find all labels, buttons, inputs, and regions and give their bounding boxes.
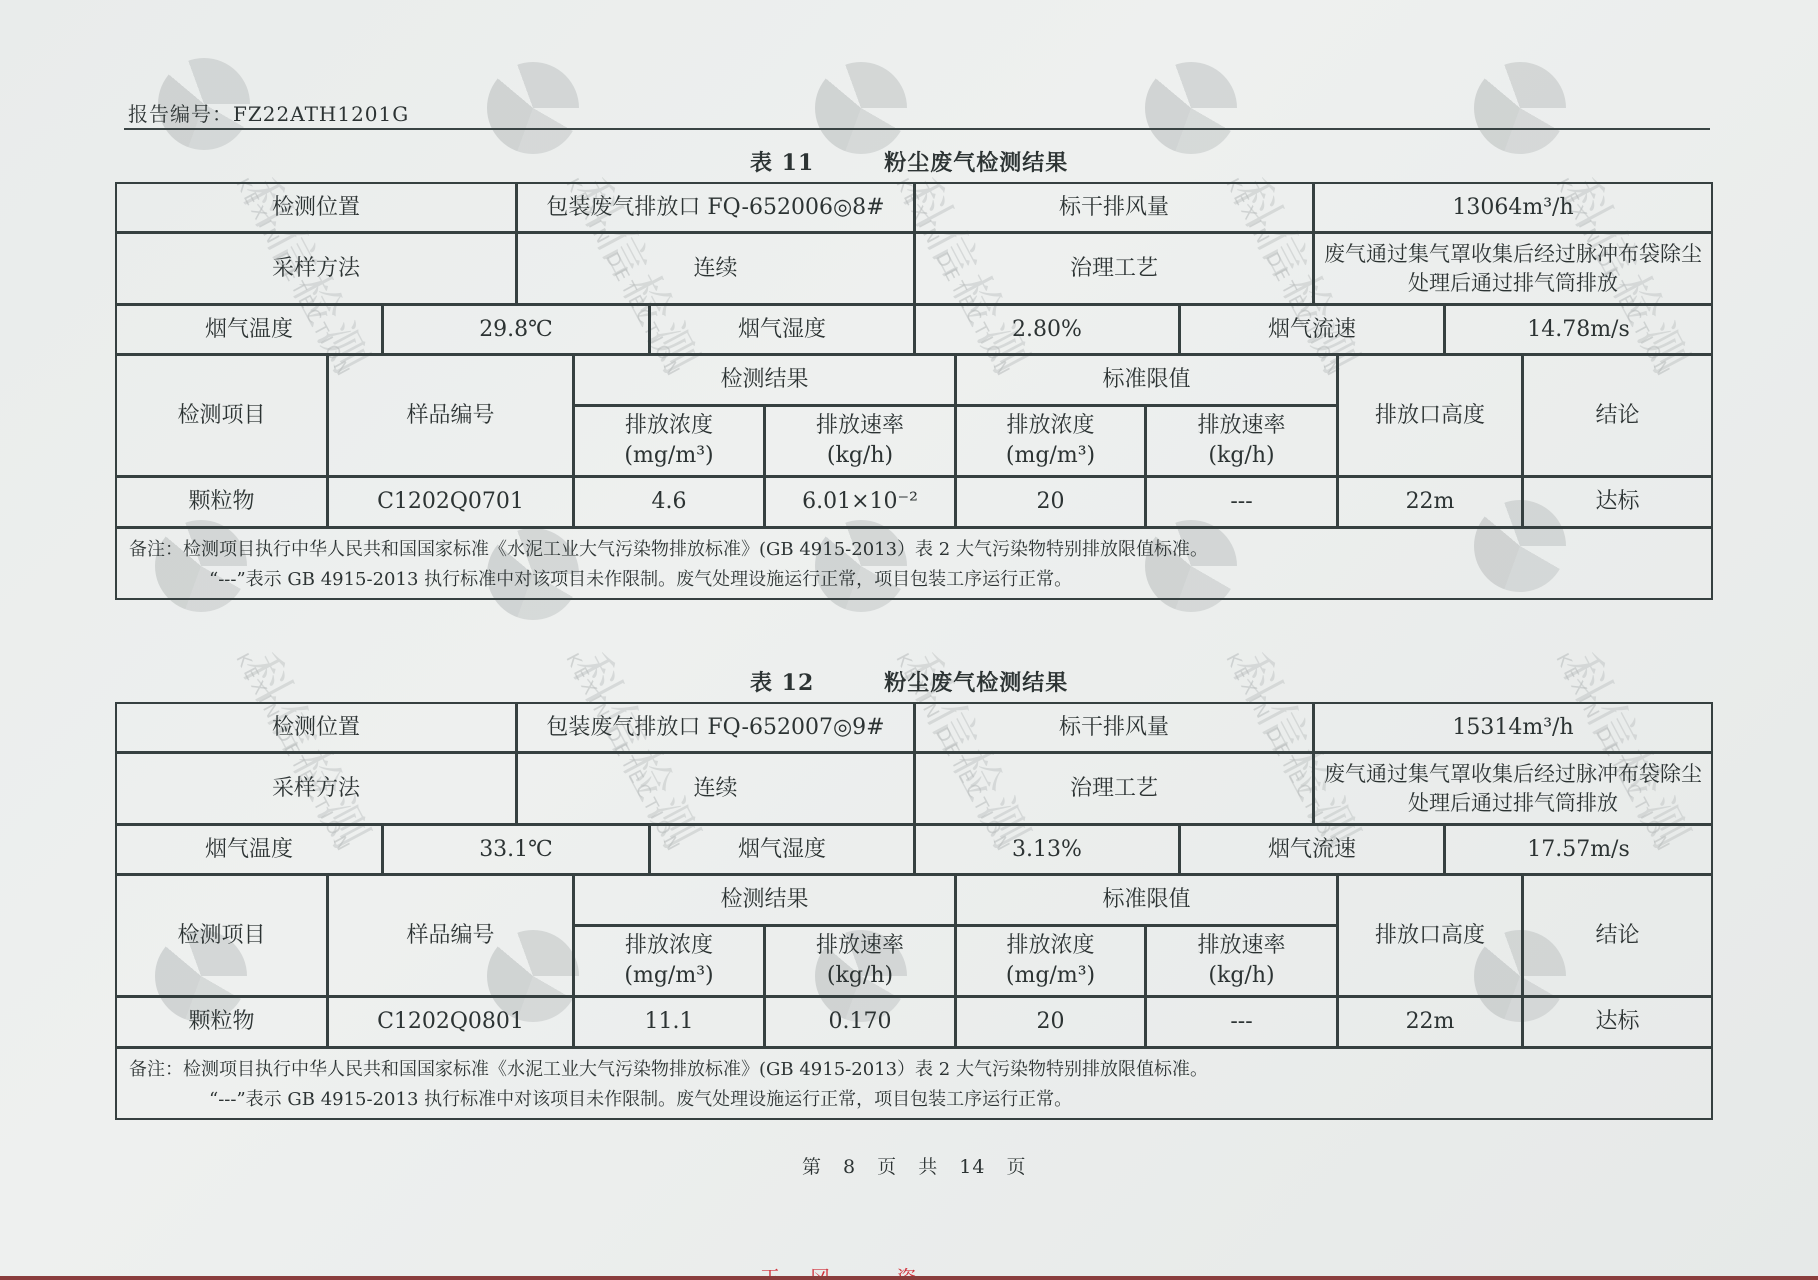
header-result-rate: 排放速率(kg/h)	[764, 925, 956, 997]
cell-result-conc: 4.6	[573, 476, 765, 528]
temp-value: 33.1℃	[382, 824, 650, 875]
note-line-2: “---”表示 GB 4915-2013 执行标准中对该项目未作限制。废气处理设…	[129, 1085, 1072, 1115]
cell-result-rate: 0.170	[764, 996, 956, 1048]
header-sample-no: 样品编号	[327, 874, 574, 997]
cell-sample-no: C1202Q0701	[327, 476, 574, 528]
treatment-value: 废气通过集气罩收集后经过脉冲布袋除尘处理后通过排气筒排放	[1313, 752, 1713, 825]
cell-height: 22m	[1337, 476, 1523, 528]
table-note: 备注：检测项目执行中华人民共和国国家标准《水泥工业大气污染物排放标准》(GB 4…	[115, 1047, 1713, 1120]
cell-limit-conc: 20	[955, 476, 1146, 528]
note-line-2: “---”表示 GB 4915-2013 执行标准中对该项目未作限制。废气处理设…	[129, 565, 1072, 595]
cell-limit-rate: ---	[1145, 476, 1338, 528]
temp-label: 烟气温度	[115, 824, 383, 875]
sampling-label: 采样方法	[115, 752, 517, 825]
sampling-value: 连续	[516, 752, 915, 825]
cell-limit-conc: 20	[955, 996, 1146, 1048]
table-note: 备注：检测项目执行中华人民共和国国家标准《水泥工业大气污染物排放标准》(GB 4…	[115, 527, 1713, 600]
cell-conclusion: 达标	[1522, 996, 1713, 1048]
header-result-conc-line-2: (mg/m³)	[624, 961, 713, 991]
cell-item: 颗粒物	[115, 476, 328, 528]
airflow-label: 标干排风量	[914, 702, 1314, 753]
header-limit-conc-line-1: 排放浓度	[1006, 931, 1094, 961]
header-result-rate-line-2: (kg/h)	[827, 441, 893, 471]
cell-item: 颗粒物	[115, 996, 328, 1048]
header-limit-rate: 排放速率(kg/h)	[1145, 925, 1338, 997]
cell-height: 22m	[1337, 996, 1523, 1048]
header-conclusion: 结论	[1522, 874, 1713, 997]
header-result-conc-line-1: 排放浓度	[625, 931, 713, 961]
header-limit-conc-line-2: (mg/m³)	[1006, 961, 1095, 991]
note-line-1: 备注：检测项目执行中华人民共和国国家标准《水泥工业大气污染物排放标准》(GB 4…	[129, 1055, 1208, 1085]
header-limit-conc: 排放浓度(mg/m³)	[955, 925, 1146, 997]
cell-limit-rate: ---	[1145, 996, 1338, 1048]
humidity-value: 3.13%	[914, 824, 1180, 875]
cell-sample-no: C1202Q0801	[327, 996, 574, 1048]
location-value: 包装废气排放口 FQ-652007◎9#	[516, 702, 915, 753]
cell-result-rate: 6.01×10⁻²	[764, 476, 956, 528]
location-label: 检测位置	[115, 702, 517, 753]
bottom-edge	[0, 1276, 1818, 1280]
velocity-label: 烟气流速	[1179, 824, 1445, 875]
note-line-1: 备注：检测项目执行中华人民共和国国家标准《水泥工业大气污染物排放标准》(GB 4…	[129, 535, 1208, 565]
header-result-conc-line-2: (mg/m³)	[624, 441, 713, 471]
humidity-label: 烟气湿度	[649, 824, 915, 875]
velocity-value: 17.57m/s	[1444, 824, 1713, 875]
header-limit-rate-line-2: (kg/h)	[1208, 441, 1274, 471]
header-result: 检测结果	[573, 874, 956, 926]
header-limit: 标准限值	[955, 874, 1338, 926]
table-caption: 表 12粉尘废气检测结果	[750, 666, 1068, 697]
cell-conclusion: 达标	[1522, 476, 1713, 528]
page-number: 第 8 页 共 14 页	[802, 1152, 1026, 1179]
header-item: 检测项目	[115, 874, 328, 997]
header-limit-rate-line-1: 排放速率	[1197, 931, 1285, 961]
header-result-conc: 排放浓度(mg/m³)	[573, 925, 765, 997]
header-result-rate-line-1: 排放速率	[816, 931, 904, 961]
table-number: 表 12	[750, 670, 814, 696]
header-result-rate-line-2: (kg/h)	[827, 961, 893, 991]
results-table: 检测位置包装废气排放口 FQ-652007◎9#标干排风量15314m³/h采样…	[116, 0, 1713, 417]
airflow-value: 15314m³/h	[1313, 702, 1713, 753]
header-limit-rate-line-2: (kg/h)	[1208, 961, 1274, 991]
header-limit-conc-line-2: (mg/m³)	[1006, 441, 1095, 471]
table-title: 粉尘废气检测结果	[884, 670, 1068, 696]
cell-result-conc: 11.1	[573, 996, 765, 1048]
treatment-label: 治理工艺	[914, 752, 1314, 825]
header-height: 排放口高度	[1337, 874, 1523, 997]
